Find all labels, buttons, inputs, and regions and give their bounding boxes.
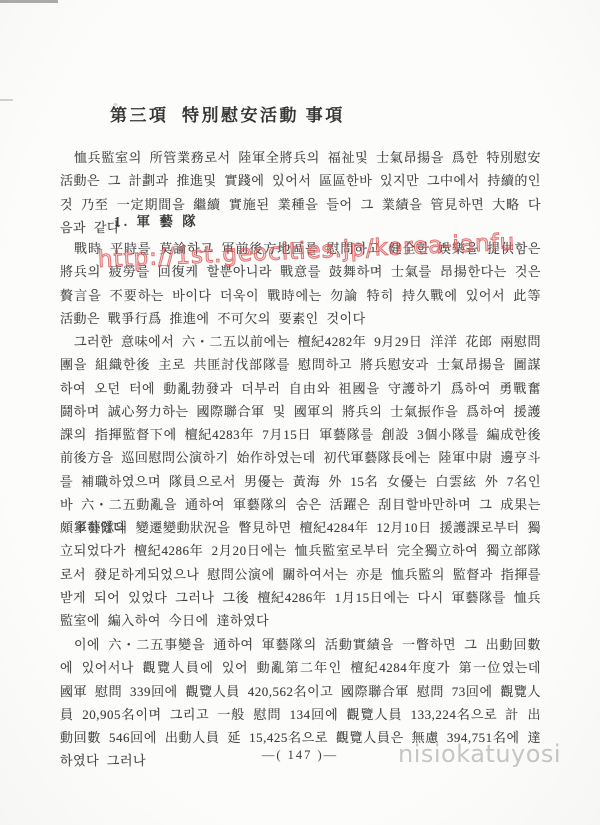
paragraph-troupe-reorganization: 軍藝隊의 變遷變動狀況을 瞥見하면 檀紀4284年 12月10日 援護課로부터 … xyxy=(60,516,541,632)
scanned-document-page: 第三項 特別慰安活動 事項 恤兵監室의 所管業務로서 陸軍全將兵의 福祉및 士氣… xyxy=(0,0,600,825)
page-number: —( 147 )— xyxy=(0,748,600,763)
scan-artifact-left xyxy=(0,99,13,101)
page-title: 第三項 特別慰安活動 事項 xyxy=(110,101,345,126)
paragraph-wartime-morale: 戰時 平時를 莫論하고 軍前後方地區를 慰問하고 健全한 娛樂을 提供함은 將兵… xyxy=(60,237,541,330)
paragraph-troupe-founding: 그러한 意味에서 六・二五以前에는 檀紀4282年 9月29日 洋洋 花郎 兩慰… xyxy=(60,330,541,540)
scan-artifact-top xyxy=(0,0,58,3)
section-heading-military-arts-troupe: 1. 軍 藝 隊 xyxy=(114,210,199,230)
